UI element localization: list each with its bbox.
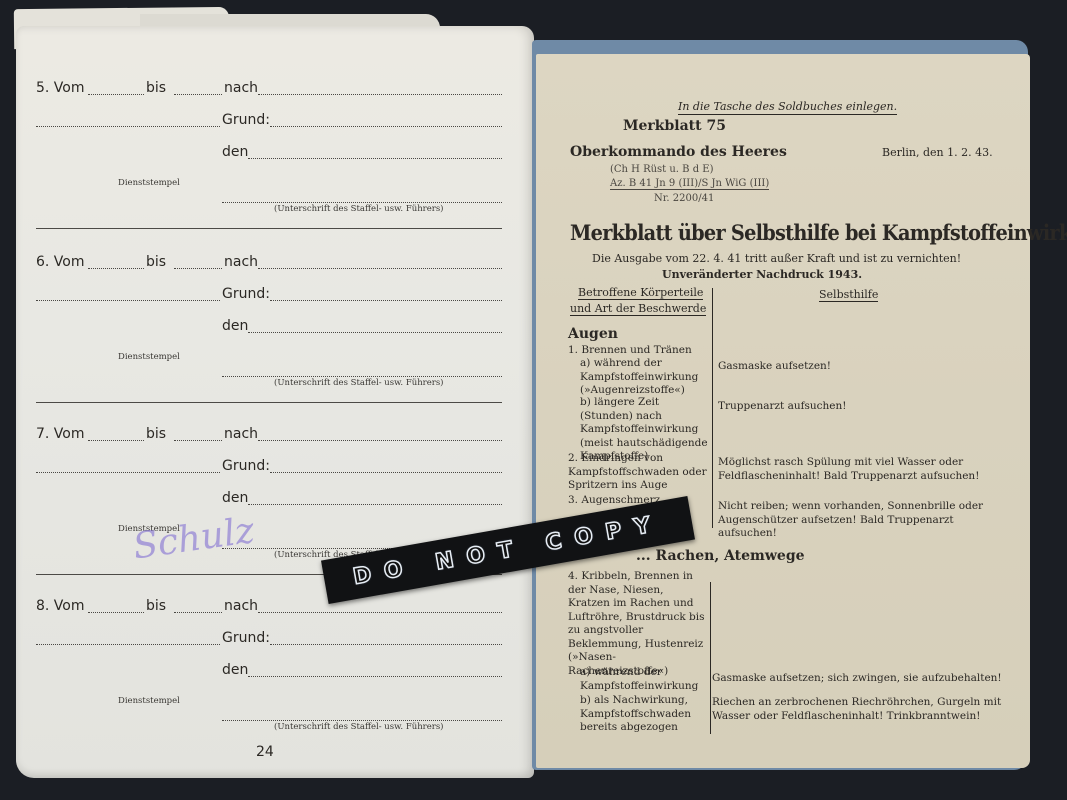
field-vom (88, 426, 144, 441)
insert-note: In die Tasche des Soldbuches einlegen. (678, 100, 897, 115)
field-nach (258, 80, 502, 95)
label-bis: bis (146, 254, 166, 270)
item-2-help: Möglichst rasch Spülung mit viel Wasser … (718, 456, 1008, 483)
item-4a-help: Gasmaske aufsetzen; sich zwingen, sie au… (712, 672, 1002, 684)
left-page: 5. Vom bis nach Grund: den Dienststempel… (16, 26, 534, 778)
field-vom (88, 598, 144, 613)
right-page-leaflet: In die Tasche des Soldbuches einlegen. M… (536, 54, 1030, 768)
signature-line (222, 706, 502, 721)
field-continued (36, 286, 220, 301)
field-continued (36, 630, 220, 645)
field-grund (270, 112, 502, 127)
section-eyes: Augen (568, 326, 618, 342)
item-3-help: Nicht reiben; wenn vorhanden, Sonnenbril… (718, 500, 1008, 541)
column-1-header-line-1: Betroffene Körperteile (578, 286, 703, 300)
label-den: den (222, 490, 248, 506)
reference: Az. B 41 Jn 9 (III)/S Jn WiG (III) (610, 178, 769, 190)
page-number: 24 (256, 744, 274, 760)
merkblatt-number: Merkblatt 75 (623, 118, 726, 134)
place-date: Berlin, den 1. 2. 43. (882, 146, 993, 159)
field-grund (270, 630, 502, 645)
item-1: 1. Brennen und Tränen (568, 344, 692, 356)
document-number: Nr. 2200/41 (654, 193, 714, 204)
signature-caption: (Unterschrift des Staffel- usw. Führers) (274, 722, 444, 732)
entry-divider (36, 228, 502, 229)
label-grund: Grund: (222, 112, 270, 128)
entry-5: 5. Vom bis nach Grund: den Dienststempel… (36, 80, 506, 252)
signature-caption: (Unterschrift des Staffel- usw. Führers) (274, 204, 444, 214)
label-den: den (222, 662, 248, 678)
field-nach (258, 254, 502, 269)
authority: Oberkommando des Heeres (570, 144, 787, 160)
entry-divider (36, 402, 502, 403)
label-vom: 5. Vom (36, 80, 85, 96)
reprint-note: Unveränderter Nachdruck 1943. (662, 268, 862, 281)
label-den: den (222, 318, 248, 334)
label-bis: bis (146, 426, 166, 442)
signature-caption: (Unterschrift des Staffel- usw. Führers) (274, 378, 444, 388)
field-vom (88, 80, 144, 95)
signature-line (222, 188, 502, 203)
item-1a: a) während der Kampfstoffeinwirkung (»Au… (580, 357, 708, 398)
column-1-header-line-2: und Art der Beschwerde (570, 302, 706, 316)
label-grund: Grund: (222, 630, 270, 646)
signature-line (222, 362, 502, 377)
label-grund: Grund: (222, 458, 270, 474)
item-2: 2. Eindringen von Kampfstoffschwaden ode… (568, 452, 708, 493)
item-4b: b) als Nachwirkung, Kampfstoffschwaden b… (580, 694, 708, 735)
label-nach: nach (224, 80, 258, 96)
field-vom (88, 254, 144, 269)
dienststempel-label: Dienststempel (118, 696, 180, 706)
field-grund (270, 286, 502, 301)
field-grund (270, 458, 502, 473)
office: (Ch H Rüst u. B d E) (610, 164, 713, 175)
field-nach (258, 598, 502, 613)
field-den (248, 144, 502, 159)
label-bis: bis (146, 80, 166, 96)
item-4: 4. Kribbeln, Brennen in der Nase, Niesen… (568, 570, 708, 678)
section-throat: ... Rachen, Atemwege (636, 548, 805, 564)
item-1b-help: Truppenarzt aufsuchen! (718, 400, 846, 412)
column-divider (712, 288, 713, 528)
field-den (248, 318, 502, 333)
item-1a-help: Gasmaske aufsetzen! (718, 360, 831, 372)
field-den (248, 662, 502, 677)
item-4a: a) während der Kampfstoffeinwirkung (580, 666, 708, 693)
label-vom: 7. Vom (36, 426, 85, 442)
column-divider (710, 582, 711, 734)
dienststempel-label: Dienststempel (118, 352, 180, 362)
label-vom: 8. Vom (36, 598, 85, 614)
field-bis (174, 80, 222, 95)
entry-6: 6. Vom bis nach Grund: den Dienststempel… (36, 254, 506, 426)
field-bis (174, 426, 222, 441)
field-continued (36, 112, 220, 127)
column-2-header: Selbsthilfe (819, 288, 878, 302)
label-vom: 6. Vom (36, 254, 85, 270)
dienststempel-label: Dienststempel (118, 178, 180, 188)
item-4b-help: Riechen an zerbrochenen Riechröhrchen, G… (712, 696, 1012, 723)
supersedes-note: Die Ausgabe vom 22. 4. 41 tritt außer Kr… (592, 252, 961, 265)
label-nach: nach (224, 254, 258, 270)
field-nach (258, 426, 502, 441)
field-continued (36, 458, 220, 473)
label-den: den (222, 144, 248, 160)
field-bis (174, 254, 222, 269)
label-nach: nach (224, 426, 258, 442)
field-den (248, 490, 502, 505)
label-grund: Grund: (222, 286, 270, 302)
leaflet-title: Merkblatt über Selbsthilfe bei Kampfstof… (570, 220, 1067, 245)
